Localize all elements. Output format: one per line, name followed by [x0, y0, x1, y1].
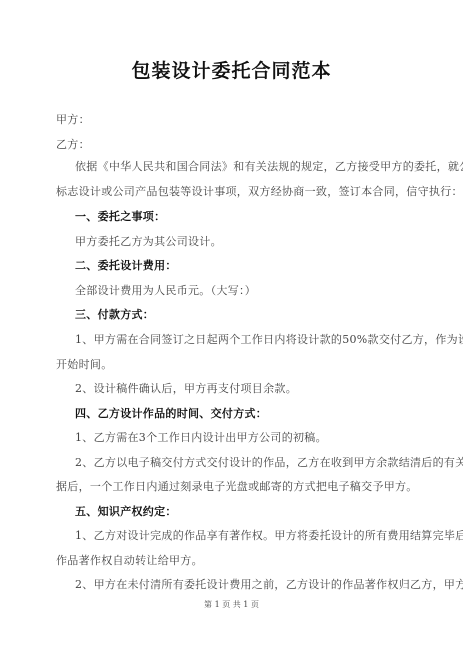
body-text-line: 2、设计稿件确认后，甲方再支付项目余款。	[75, 380, 297, 396]
body-text-line: 据后，一个工作日内通过刻录电子光盘或邮寄的方式把电子稿交予甲方。	[56, 478, 418, 494]
body-text-line: 甲方委托乙方为其公司设计。	[75, 233, 222, 249]
body-text-line: 2、乙方以电子稿交付方式交付设计的作品，乙方在收到甲方余款结清后的有关凭	[75, 454, 463, 470]
body-text-line: 开始时间。	[56, 356, 113, 372]
document-title: 包装设计委托合同范本	[0, 56, 463, 83]
section-heading: 三、付款方式：	[75, 306, 154, 322]
body-text-line: 1、乙方对设计完成的作品享有著作权。甲方将委托设计的所有费用结算完毕后，	[75, 527, 463, 543]
body-text-line: 甲方：	[56, 111, 90, 127]
section-heading: 四、乙方设计作品的时间、交付方式：	[75, 405, 267, 421]
page-footer: 第 1 页 共 1 页	[0, 599, 463, 610]
body-text-line: 标志设计或公司产品包装等设计事项，双方经协商一致，签订本合同，信守执行：	[56, 183, 463, 199]
body-text-line: 乙方：	[56, 136, 90, 152]
section-heading: 五、知识产权约定：	[75, 503, 177, 519]
body-text-line: 全部设计费用为人民币元。（大写：）	[75, 282, 256, 298]
section-heading: 一、委托之事项：	[75, 208, 165, 224]
body-text-line: 依据《中华人民共和国合同法》和有关法规的规定，乙方接受甲方的委托，就公司	[75, 158, 463, 174]
body-text-line: 2、甲方在未付清所有委托设计费用之前，乙方设计的作品著作权归乙方，甲方对	[75, 576, 463, 592]
body-text-line: 作品著作权自动转让给甲方。	[56, 552, 203, 568]
body-text-line: 1、甲方需在合同签订之日起两个工作日内将设计款的50%款交付乙方，作为设计的	[75, 331, 463, 347]
body-text-line: 1、乙方需在3个工作日内设计出甲方公司的初稿。	[75, 429, 327, 445]
section-heading: 二、委托设计费用：	[75, 257, 177, 273]
